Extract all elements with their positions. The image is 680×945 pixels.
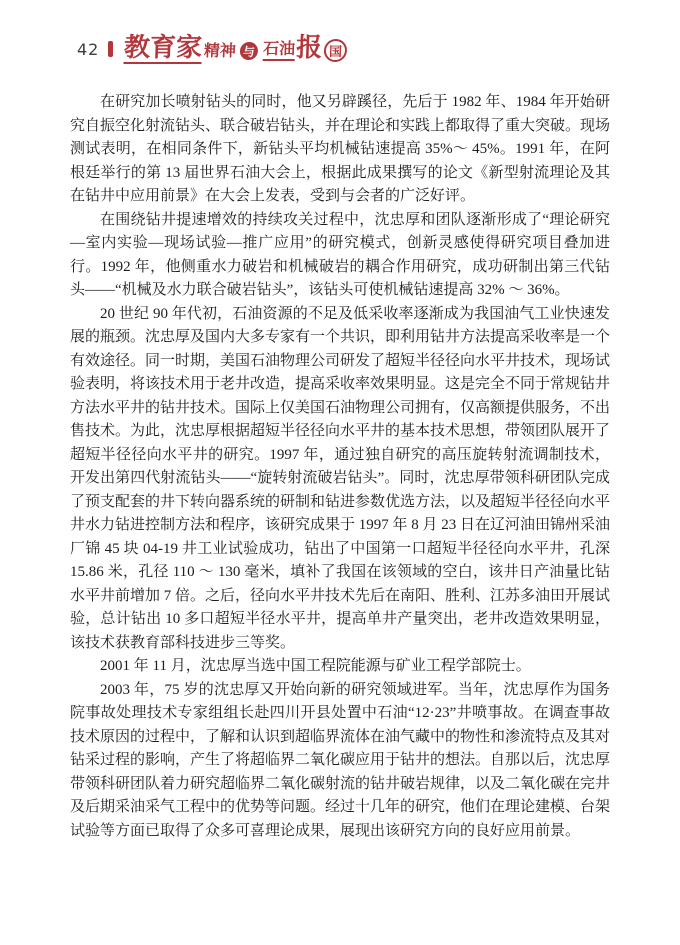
logo-text-bao: 报 <box>296 35 323 64</box>
logo-seal-guo: 国 <box>324 39 348 62</box>
paragraph-3: 20 世纪 90 年代初，石油资源的不足及低采收率逐渐成为我国油气工业快速发展的… <box>70 303 610 656</box>
logo-text-jingshen: 精神 <box>204 44 237 60</box>
body-text: 在研究加长喷射钻头的同时，他又另辟蹊径，先后于 1982 年、1984 年开始研… <box>70 91 610 843</box>
logo-text-jiaoyujia: 教育家 <box>124 35 203 64</box>
masthead-logo: 教育家 精神 与 石油 报 国 <box>124 35 348 64</box>
book-page: 42 教育家 精神 与 石油 报 国 在研究加长喷射钻头的同时，他又另辟蹊径，先… <box>0 0 680 945</box>
paragraph-2: 在围绕钻井提速增效的持续攻关过程中，沈忠厚和团队逐渐形成了“理论研究—室内实验—… <box>70 209 610 303</box>
paragraph-5: 2003 年，75 岁的沈忠厚又开始向新的研究领域进军。当年，沈忠厚作为国务院事… <box>70 679 610 844</box>
header-divider-bar <box>108 41 113 57</box>
paragraph-1: 在研究加长喷射钻头的同时，他又另辟蹊径，先后于 1982 年、1984 年开始研… <box>70 91 610 209</box>
logo-text-shiyou: 石油 <box>263 42 296 61</box>
paragraph-4: 2001 年 11 月，沈忠厚当选中国工程院能源与矿业工程学部院士。 <box>70 655 610 679</box>
logo-circle-yu: 与 <box>240 42 259 60</box>
page-number: 42 <box>77 40 99 59</box>
page-header: 42 教育家 精神 与 石油 报 国 <box>77 34 347 64</box>
